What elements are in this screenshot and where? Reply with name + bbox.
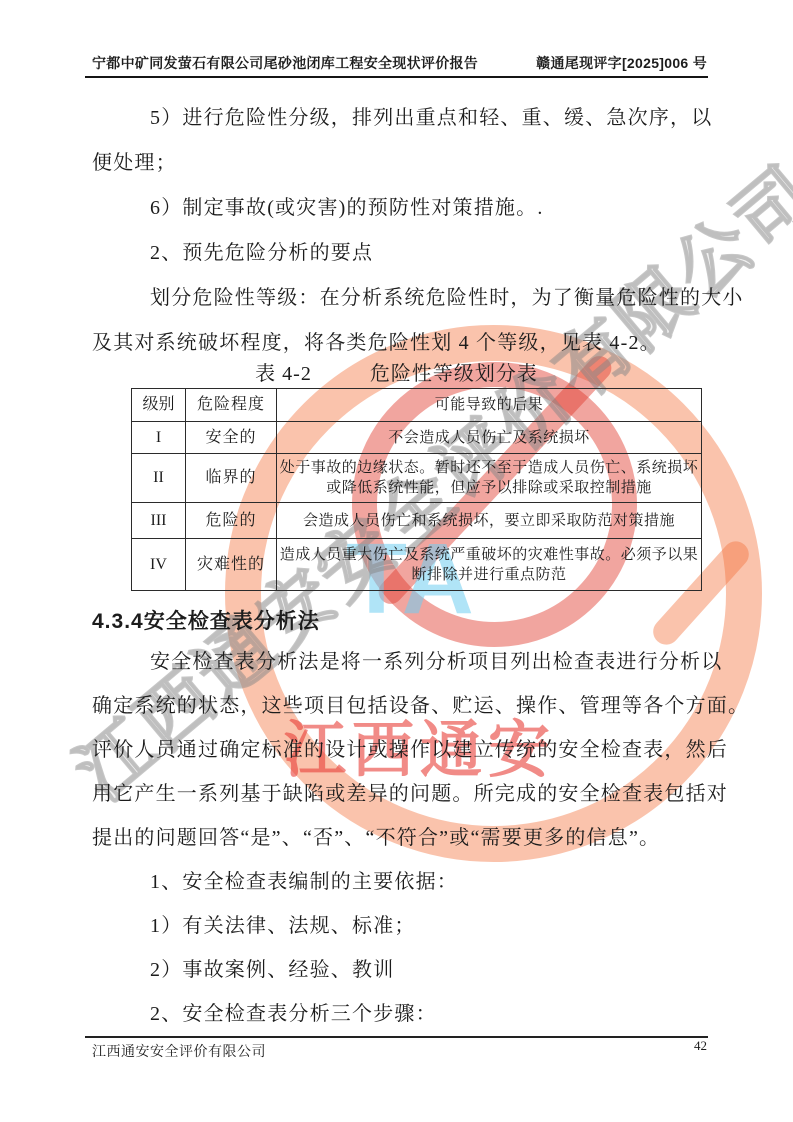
table-row: III 危险的 会造成人员伤亡和系统损坏，要立即采取防范对策措施 [132, 503, 702, 539]
page-number: 42 [694, 1038, 707, 1054]
cell-grade: III [132, 503, 186, 539]
document-page: TA 江西通安 江西通安安全评价有限公司 宁都中矿同发萤石有限公司尾砂池闭库工程… [0, 0, 793, 1122]
cell-grade: I [132, 422, 186, 454]
cell-degree: 危险的 [186, 503, 277, 539]
body-line: 用它产生一系列基于缺陷或差异的问题。所完成的安全检查表包括对 [92, 772, 710, 816]
table-header-row: 级别 危险程度 可能导致的后果 [132, 389, 702, 422]
table-row: I 安全的 不会造成人员伤亡及系统损坏 [132, 422, 702, 454]
table-row: II 临界的 处于事故的边缘状态。暂时还不至于造成人员伤亡、系统损坏或降低系统性… [132, 454, 702, 503]
cell-grade: II [132, 454, 186, 503]
body-line: 评价人员通过确定标准的设计或操作以建立传统的安全检查表，然后 [92, 728, 710, 772]
body-line: 确定系统的状态，这些项目包括设备、贮运、操作、管理等各个方面。 [92, 684, 710, 728]
body-line: 1）有关法律、法规、标准； [92, 904, 710, 948]
cell-result: 不会造成人员伤亡及系统损坏 [277, 422, 702, 454]
body-line: 划分危险性等级：在分析系统危险性时，为了衡量危险性的大小 [92, 276, 710, 321]
header-report-title: 宁都中矿同发萤石有限公司尾砂池闭库工程安全现状评价报告 [92, 53, 478, 73]
table-row: IV 灾难性的 造成人员重大伤亡及系统严重破坏的灾难性事故。必须予以果断排除并进… [132, 539, 702, 591]
column-header-grade: 级别 [132, 389, 186, 422]
column-header-result: 可能导致的后果 [277, 389, 702, 422]
cell-result: 处于事故的边缘状态。暂时还不至于造成人员伤亡、系统损坏或降低系统性能，但应予以排… [277, 454, 702, 503]
body-line: 便处理； [92, 141, 710, 186]
table-caption-label: 表 4-2 [255, 363, 312, 385]
header-rule [85, 76, 708, 78]
body-block-2: 安全检查表分析法是将一系列分析项目列出检查表进行分析以 确定系统的状态，这些项目… [92, 640, 710, 1036]
body-line: 2）事故案例、经验、教训 [92, 948, 710, 992]
column-header-degree: 危险程度 [186, 389, 277, 422]
header-doc-number: 赣通尾现评字[2025]006 号 [536, 53, 707, 73]
body-block-1: 5）进行危险性分级，排列出重点和轻、重、缓、急次序，以 便处理； 6）制定事故(… [92, 96, 710, 366]
body-line: 6）制定事故(或灾害)的预防性对策措施。. [92, 186, 710, 231]
footer-rule [85, 1036, 708, 1038]
footer-company-name: 江西通安安全评价有限公司 [92, 1041, 266, 1061]
cell-result: 造成人员重大伤亡及系统严重破坏的灾难性事故。必须予以果断排除并进行重点防范 [277, 539, 702, 591]
table-caption: 表 4-2危险性等级划分表 [0, 357, 793, 386]
table-caption-title: 危险性等级划分表 [370, 363, 538, 385]
cell-grade: IV [132, 539, 186, 591]
body-line: 1、安全检查表编制的主要依据： [92, 860, 710, 904]
body-line: 提出的问题回答“是”、“否”、“不符合”或“需要更多的信息”。 [92, 816, 710, 860]
body-line: 2、安全检查表分析三个步骤： [92, 992, 710, 1036]
cell-degree: 安全的 [186, 422, 277, 454]
body-line: 安全检查表分析法是将一系列分析项目列出检查表进行分析以 [92, 640, 710, 684]
cell-degree: 临界的 [186, 454, 277, 503]
body-line: 5）进行危险性分级，排列出重点和轻、重、缓、急次序，以 [92, 96, 710, 141]
body-line: 2、预先危险分析的要点 [92, 231, 710, 276]
section-heading: 4.3.4安全检查表分析法 [92, 605, 320, 635]
risk-grade-table: 级别 危险程度 可能导致的后果 I 安全的 不会造成人员伤亡及系统损坏 II 临… [131, 388, 702, 591]
cell-result: 会造成人员伤亡和系统损坏，要立即采取防范对策措施 [277, 503, 702, 539]
cell-degree: 灾难性的 [186, 539, 277, 591]
